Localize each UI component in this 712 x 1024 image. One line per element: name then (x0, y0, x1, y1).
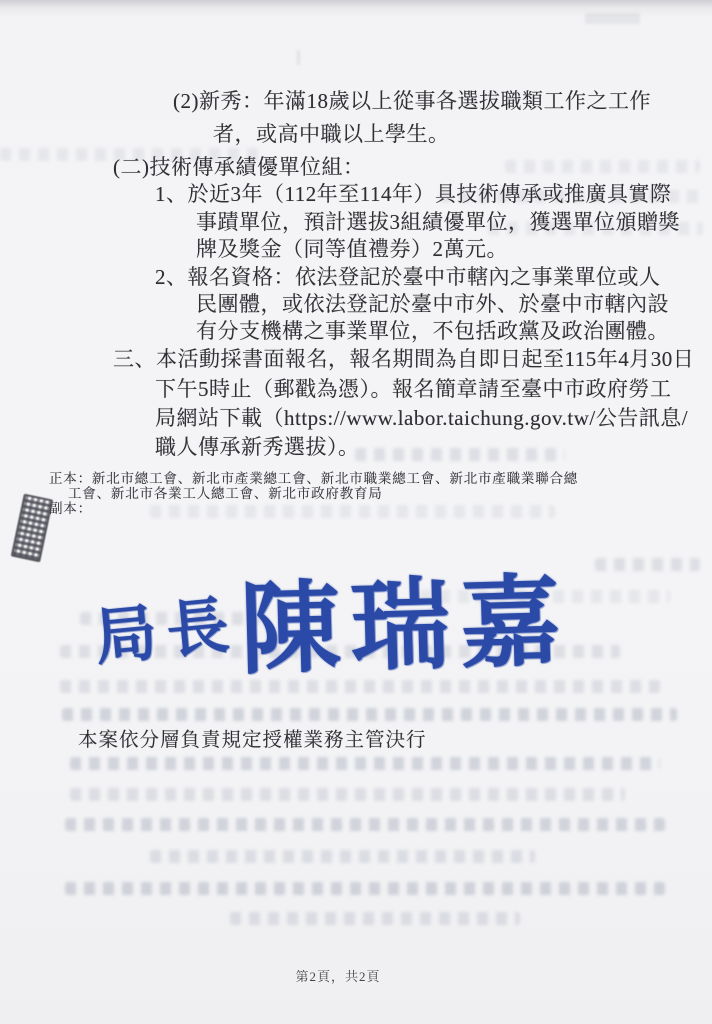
signature-name: 陳瑞嘉 (238, 541, 572, 694)
body-line: (2)新秀：年滿18歲以上從事各選拔職類工作之工作 (173, 88, 651, 114)
bleedthrough-smudge (150, 850, 535, 863)
bleedthrough-smudge (70, 757, 660, 770)
registry-seal-stamp-icon (11, 494, 54, 563)
delegation-note: 本案依分層負責規定授權業務主管決行 (78, 724, 427, 752)
bleedthrough-smudge (70, 788, 625, 801)
bleedthrough-smudge (505, 160, 700, 173)
signature-title: 局長 (90, 575, 242, 677)
body-line: 牌及獎金（同等值禮券）2萬元。 (196, 236, 508, 262)
bleedthrough-smudge (65, 818, 665, 831)
bleedthrough-smudge (355, 448, 565, 461)
recipients-copy-label: 副本： (49, 501, 92, 516)
body-line: 有分支機構之事業單位，不包括政黨及政治團體。 (196, 318, 669, 344)
bleedthrough-smudge (230, 912, 520, 925)
bleedthrough-smudge (595, 558, 700, 571)
body-line: 1、於近3年（112年至114年）具技術傳承或推廣具實際 (155, 181, 671, 207)
bleedthrough-smudge (150, 505, 555, 518)
bleedthrough-smudge (65, 882, 665, 895)
page-number-footer: 第2頁，共2頁 (0, 966, 694, 985)
scanned-document-page: (2)新秀：年滿18歲以上從事各選拔職類工作之工作 者，或高中職以上學生。 (二… (0, 0, 712, 1024)
body-line: 三、本活動採書面報名，報名期間為自即日起至115年4月30日 (113, 346, 694, 372)
body-line: 局網站下載（https://www.labor.taichung.gov.tw/… (155, 405, 688, 431)
scan-artifact (297, 50, 300, 65)
body-line: 2、報名資格：依法登記於臺中市轄內之事業單位或人 (155, 264, 661, 290)
body-line: 職人傳承新秀選拔）。 (155, 434, 360, 460)
body-line: 下午5時止（郵戳為憑）。報名簡章請至臺中市政府勞工 (155, 376, 672, 402)
bleedthrough-smudge (62, 708, 677, 721)
recipients-original-line: 正本：新北市總工會、新北市產業總工會、新北市職業總工會、新北市產職業聯合總 (49, 471, 578, 486)
scan-artifact (585, 13, 640, 24)
body-line: 民團體，或依法登記於臺中市外、於臺中市轄內設 (196, 291, 669, 317)
recipients-original-line: 工會、新北市各業工人總工會、新北市政府教育局 (68, 486, 383, 501)
body-line: 者，或高中職以上學生。 (213, 121, 450, 147)
signature-stamp: 局長 陳瑞嘉 (92, 539, 572, 695)
body-line: (二)技術傳承績優單位組： (113, 154, 365, 180)
body-line: 事蹟單位，預計選拔3組績優單位，獲選單位頒贈獎 (196, 209, 680, 235)
